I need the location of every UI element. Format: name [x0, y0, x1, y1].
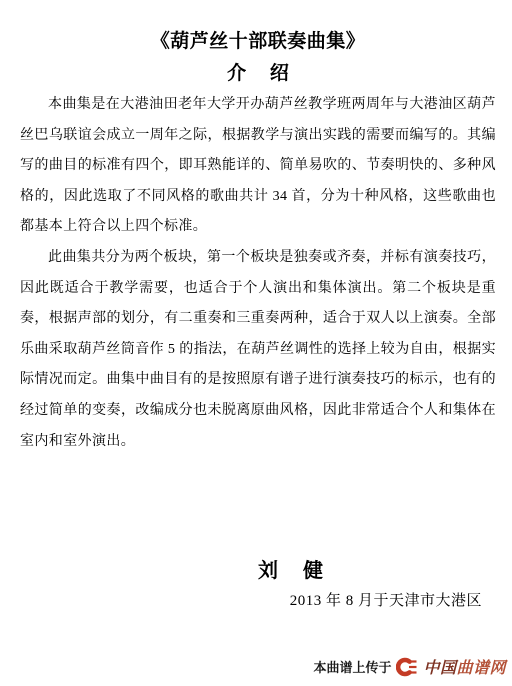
signature-name: 刘 健 — [20, 559, 496, 583]
brand-cn-text: 中国 — [423, 660, 456, 677]
section-heading-intro: 介 绍 — [20, 62, 496, 86]
footer-upload-text: 本曲谱上传于 — [313, 657, 391, 676]
brand-rest-text: 曲谱网 — [456, 660, 506, 677]
footer-watermark: 本曲谱上传于 中国曲谱网 — [313, 655, 506, 678]
paragraph-2: 此曲集共分为两个板块，第一个板块是独奏或齐奏，并标有演奏技巧，因此既适合于教学需… — [20, 243, 496, 457]
paragraph-1: 本曲集是在大港油田老年大学开办葫芦丝教学班两周年与大港油区葫芦丝巴乌联谊会成立一… — [20, 90, 496, 243]
page-title: 《葫芦丝十部联奏曲集》 — [20, 30, 496, 54]
qupu-disc-logo-icon — [396, 656, 418, 678]
signature-dateline: 2013 年 8 月于天津市大港区 — [20, 591, 496, 611]
document-page: 《葫芦丝十部联奏曲集》 介 绍 本曲集是在大港油田老年大学开办葫芦丝教学班两周年… — [0, 0, 512, 686]
site-brand-name: 中国曲谱网 — [423, 655, 506, 678]
